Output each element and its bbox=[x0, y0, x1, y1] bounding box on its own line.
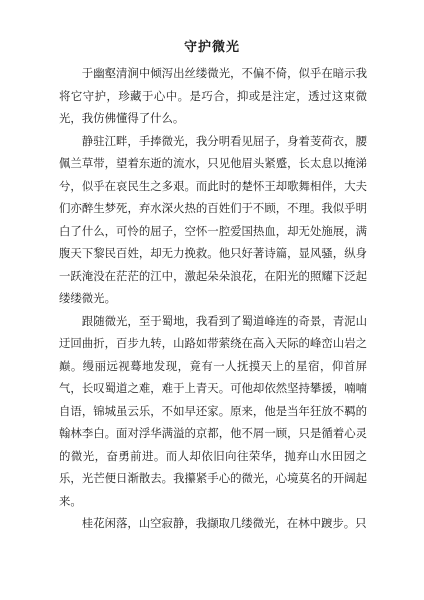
document-page: 守护微光 于幽壑清涧中倾泻出丝缕微光，不偏不倚，似乎在暗示我将它守护，珍藏于心中… bbox=[0, 0, 424, 600]
document-title: 守护微光 bbox=[0, 38, 424, 56]
paragraph: 静驻江畔，手捧微光，我分明看见屈子，身着芰荷衣，腰佩兰草带，望着东逝的流水，只见… bbox=[59, 131, 367, 311]
document-body: 于幽壑清涧中倾泻出丝缕微光，不偏不倚，似乎在暗示我将它守护，珍藏于心中。是巧合，… bbox=[59, 63, 367, 536]
paragraph: 跟随微光，至于蜀地，我看到了蜀道峰连的奇景，青泥山迂回曲折，百步九转，山路如带萦… bbox=[59, 311, 367, 514]
paragraph: 于幽壑清涧中倾泻出丝缕微光，不偏不倚，似乎在暗示我将它守护，珍藏于心中。是巧合，… bbox=[59, 63, 367, 131]
paragraph: 桂花闲落，山空寂静，我撷取几缕微光，在林中踱步。只 bbox=[59, 513, 367, 536]
